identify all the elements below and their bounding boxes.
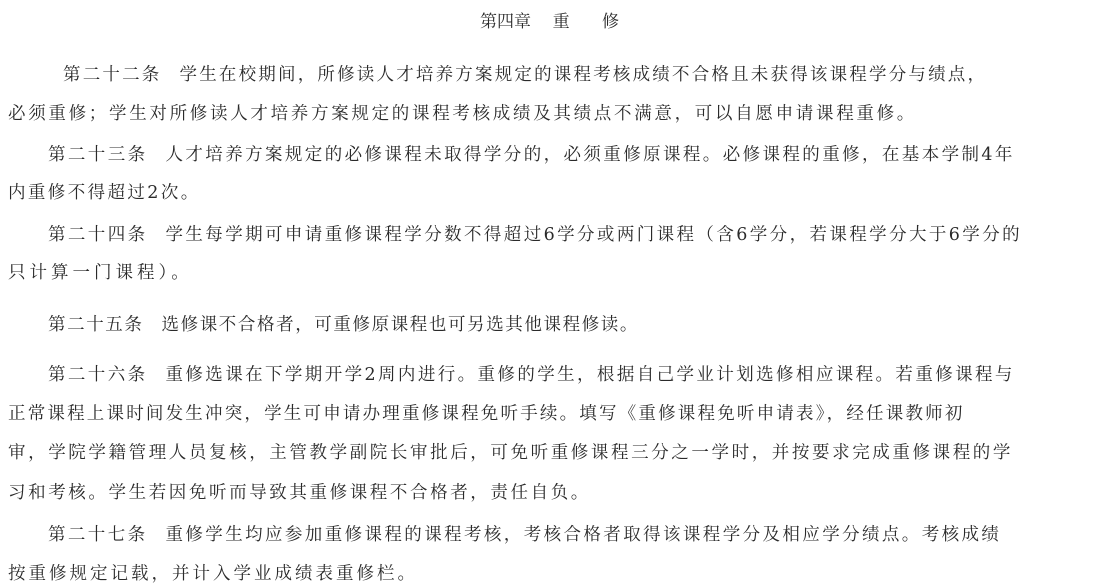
article-text: 重修学生均应参加重修课程的课程考核，考核合格者取得该课程学分及相应学分绩点。考核… [166, 525, 1002, 545]
article-25-line-1: 第二十五条选修课不合格者，可重修原课程也可另选其他课程修读。 [48, 314, 639, 336]
article-24-line-2: 只计算一门课程）。 [8, 262, 193, 284]
article-text: 按重修规定记载，并计入学业成绩表重修栏。 [8, 564, 418, 584]
article-22-line-2: 必须重修；学生对所修读人才培养方案规定的课程考核成绩及其绩点不满意，可以自愿申请… [8, 103, 917, 125]
article-label: 第二十五条 [48, 315, 144, 335]
article-27-line-2: 按重修规定记载，并计入学业成绩表重修栏。 [8, 563, 418, 585]
article-text: 审，学院学籍管理人员复核，主管教学副院长审批后，可免听重修课程三分之一学时，并按… [8, 443, 1013, 463]
article-text: 学生每学期可申请重修课程学分数不得超过6学分或两门课程（含6学分，若课程学分大于… [166, 225, 1023, 245]
chapter-title-part2: 修 [602, 11, 619, 33]
article-text: 人才培养方案规定的必修课程未取得学分的，必须重修原课程。必修课程的重修，在基本学… [166, 145, 1015, 165]
article-label: 第二十六条 [48, 365, 148, 385]
article-26-line-4: 习和考核。学生若因免听而导致其重修课程不合格者，责任自负。 [8, 482, 591, 504]
chapter-title: 第四章 重 修 [0, 11, 1099, 33]
article-26-line-1: 第二十六条重修选课在下学期开学2周内进行。重修的学生，根据自己学业计划选修相应课… [48, 364, 1015, 386]
article-26-line-3: 审，学院学籍管理人员复核，主管教学副院长审批后，可免听重修课程三分之一学时，并按… [8, 442, 1013, 464]
article-23-line-1: 第二十三条人才培养方案规定的必修课程未取得学分的，必须重修原课程。必修课程的重修… [48, 144, 1015, 166]
chapter-number: 第四章 [480, 11, 531, 33]
article-label: 第二十二条 [63, 65, 162, 85]
article-24-line-1: 第二十四条学生每学期可申请重修课程学分数不得超过6学分或两门课程（含6学分，若课… [48, 224, 1022, 246]
article-text: 只计算一门课程）。 [8, 263, 193, 283]
article-text: 学生在校期间，所修读人才培养方案规定的课程考核成绩不合格且未获得该课程学分与绩点… [180, 65, 988, 85]
article-text: 正常课程上课时间发生冲突，学生可申请办理重修课程免听手续。填写《重修课程免听申请… [8, 404, 965, 424]
article-label: 第二十四条 [48, 225, 148, 245]
article-text: 内重修不得超过2次。 [8, 183, 201, 203]
article-label: 第二十七条 [48, 525, 148, 545]
article-23-line-2: 内重修不得超过2次。 [8, 182, 201, 204]
article-text: 选修课不合格者，可重修原课程也可另选其他课程修读。 [162, 315, 640, 335]
article-27-line-1: 第二十七条重修学生均应参加重修课程的课程考核，考核合格者取得该课程学分及相应学分… [48, 524, 1001, 546]
article-label: 第二十三条 [48, 145, 148, 165]
article-26-line-2: 正常课程上课时间发生冲突，学生可申请办理重修课程免听手续。填写《重修课程免听申请… [8, 403, 965, 425]
chapter-title-part1: 重 [553, 11, 570, 33]
article-text: 重修选课在下学期开学2周内进行。重修的学生，根据自己学业计划选修相应课程。若重修… [166, 365, 1015, 385]
article-text: 习和考核。学生若因免听而导致其重修课程不合格者，责任自负。 [8, 483, 591, 503]
article-22-line-1: 第二十二条学生在校期间，所修读人才培养方案规定的课程考核成绩不合格且未获得该课程… [63, 64, 987, 86]
article-text: 必须重修；学生对所修读人才培养方案规定的课程考核成绩及其绩点不满意，可以自愿申请… [8, 104, 917, 124]
